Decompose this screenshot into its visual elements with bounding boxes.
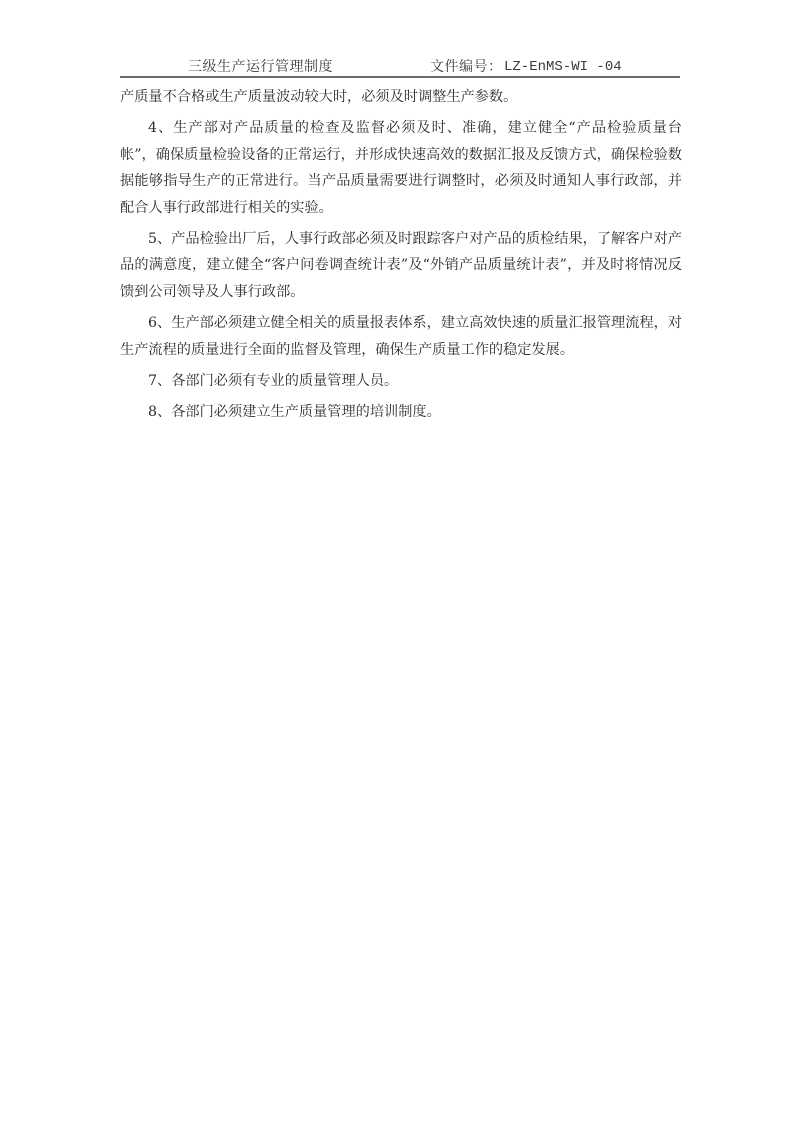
- continuation-paragraph: 产质量不合格或生产质量波动较大时，必须及时调整生产参数。: [120, 84, 682, 110]
- document-body: 产质量不合格或生产质量波动较大时，必须及时调整生产参数。 4、生产部对产品质量的…: [120, 84, 682, 426]
- paragraph-item-8: 8、各部门必须建立生产质量管理的培训制度。: [120, 399, 682, 425]
- doc-number-label: 文件编号：: [430, 58, 503, 76]
- header-title: 三级生产运行管理制度: [188, 58, 333, 76]
- page-header: 三级生产运行管理制度 文件编号： LZ-EnMS-WI -04: [120, 58, 680, 76]
- paragraph-item-5: 5、产品检验出厂后，人事行政部必须及时跟踪客户对产品的质检结果，了解客户对产品的…: [120, 226, 682, 305]
- header-divider: [120, 76, 680, 78]
- document-page: 三级生产运行管理制度 文件编号： LZ-EnMS-WI -04 产质量不合格或生…: [0, 0, 800, 1130]
- paragraph-item-7: 7、各部门必须有专业的质量管理人员。: [120, 368, 682, 394]
- paragraph-item-4: 4、生产部对产品质量的检查及监督必须及时、准确，建立健全“产品检验质量台帐”，确…: [120, 115, 682, 221]
- doc-number-value: LZ-EnMS-WI -04: [504, 58, 622, 76]
- paragraph-item-6: 6、生产部必须建立健全相关的质量报表体系，建立高效快速的质量汇报管理流程，对生产…: [120, 310, 682, 363]
